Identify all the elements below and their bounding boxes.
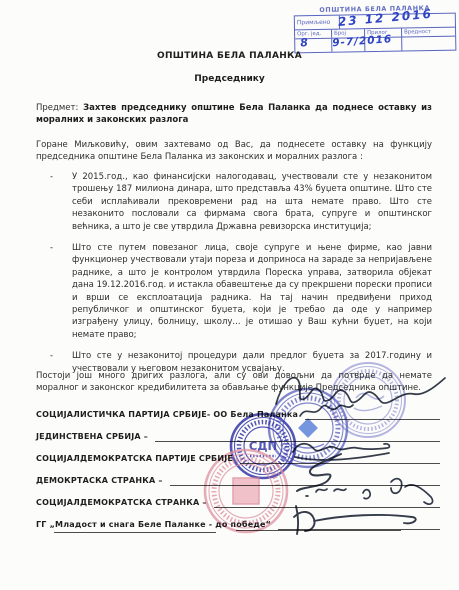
- signature-line: [155, 429, 440, 442]
- reason-1-text: У 2015.год., као финансијски налогодавац…: [72, 171, 432, 233]
- document-addressee: Председнику: [0, 74, 459, 84]
- party-name: СОЦИЈАЛИСТИЧКА ПАРТИЈА СРБИЈЕ- ОО Бела П…: [36, 410, 298, 420]
- signature-line: [54, 531, 216, 533]
- signature-line: [214, 495, 440, 508]
- scanned-document-page: ОПШТИНА БЕЛА ПАЛАНКА Примљено Орг. јед. …: [0, 0, 459, 590]
- signature-line: [305, 407, 440, 420]
- handwritten-org-unit-value: 8: [300, 36, 309, 50]
- receipt-value-cell-4: [401, 37, 455, 51]
- party-name: ДЕМОКРТАСКА СТРАНКА –: [36, 476, 163, 486]
- bullet-dash: -: [50, 171, 72, 233]
- signatory-row: СОЦИЈАЛДЕМОКРАТСКА СТРАНКА –: [36, 486, 440, 508]
- list-item: - У 2015.год., као финансијски налогодав…: [50, 171, 432, 233]
- signature-line: [240, 451, 440, 464]
- signatory-row: ЈЕДИНСТВЕНА СРБИЈА –: [36, 420, 440, 442]
- signatory-row: ГГ „Младост и снага Беле Паланке - до по…: [36, 508, 440, 530]
- subject-label: Предмет:: [36, 103, 78, 113]
- signatory-row: СОЦИЈАЛИСТИЧКА ПАРТИЈА СРБИЈЕ- ОО Бела П…: [36, 398, 440, 420]
- signature-line: [236, 529, 401, 531]
- receipt-stamp: ОПШТИНА БЕЛА ПАЛАНКА Примљено Орг. јед. …: [294, 4, 457, 54]
- signatories-list: СОЦИЈАЛИСТИЧКА ПАРТИЈА СРБИЈЕ- ОО Бела П…: [36, 398, 440, 530]
- greeting-paragraph: Горане Миљковићу, овим захтевамо од Вас,…: [36, 139, 432, 164]
- party-name: СОЦИЈАЛДЕМОКРАТСКА ПАРТИЈЕ СРБИЈЕ: [36, 454, 233, 464]
- party-name: ЈЕДИНСТВЕНА СРБИЈА –: [36, 432, 148, 442]
- party-name: СОЦИЈАЛДЕМОКРАТСКА СТРАНКА –: [36, 498, 207, 508]
- reason-2-text: Што сте путем повезаног лица, своје супр…: [72, 242, 432, 341]
- signature-line: [170, 473, 440, 486]
- subject-text: Захтев председнику општине Бела Паланка …: [36, 103, 432, 125]
- receipt-col-value: Вредност: [401, 28, 455, 37]
- signatory-row: СОЦИЈАЛДЕМОКРАТСКА ПАРТИЈЕ СРБИЈЕ: [36, 442, 440, 464]
- reasons-list: - У 2015.год., као финансијски налогодав…: [50, 171, 432, 384]
- closing-paragraph: Постоји још много дригих разлога, али су…: [36, 370, 432, 395]
- subject-paragraph: Предмет: Захтев председнику општине Бела…: [36, 102, 432, 127]
- bullet-dash: -: [50, 242, 72, 341]
- receipt-received-label: Примљено: [295, 16, 339, 30]
- document-title: ОПШТИНА БЕЛА ПАЛАНКА: [0, 51, 459, 61]
- list-item: - Што сте путем повезаног лица, своје су…: [50, 242, 432, 341]
- signatory-row: ДЕМОКРТАСКА СТРАНКА –: [36, 464, 440, 486]
